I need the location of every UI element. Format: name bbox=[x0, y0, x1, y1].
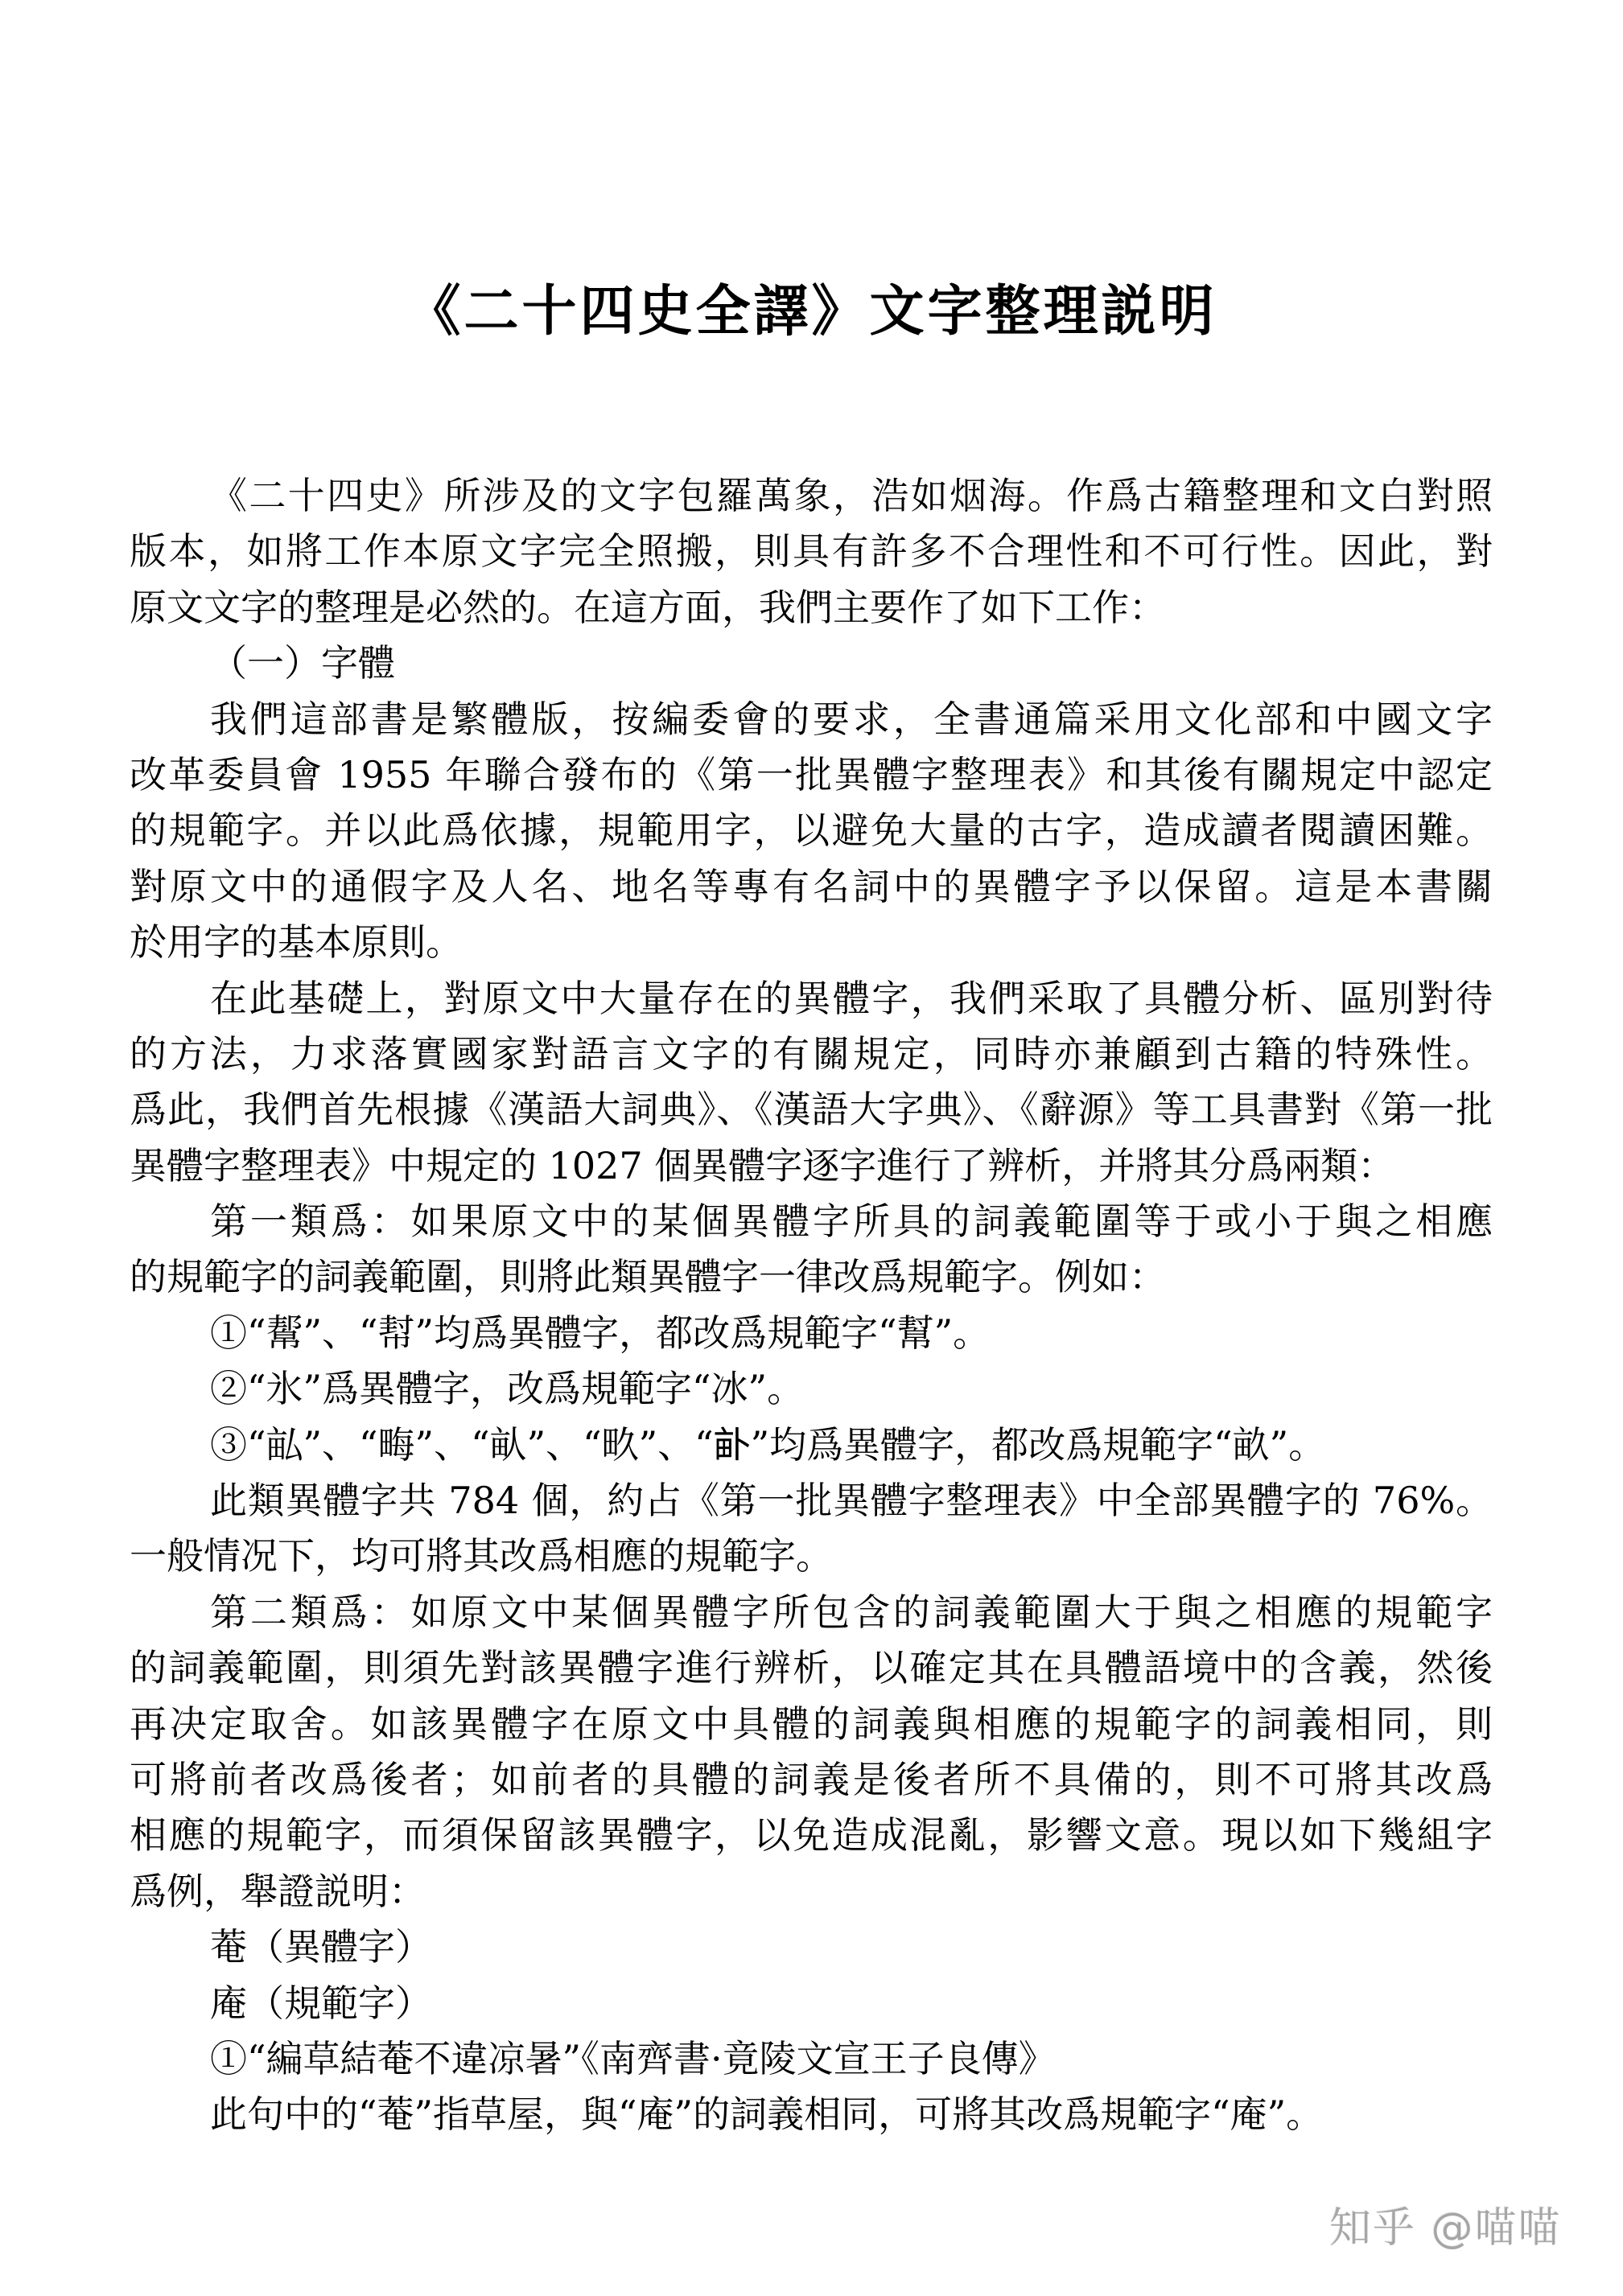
paragraph-category-two-line-1: 第二類爲：如原文中某個異體字所包含的詞義範圍大于與之相應的規範字 bbox=[130, 1585, 1493, 1640]
paragraph-category-two-line-4: 可將前者改爲後者；如前者的具體的詞義是後者所不具備的，則不可將其改爲 bbox=[130, 1752, 1493, 1808]
paragraph-method-line-4: 異體字整理表》中規定的 1027 個異體字逐字進行了辨析，并將其分爲兩類： bbox=[130, 1138, 1493, 1194]
paragraph-principle-line-1: 我們這部書是繁體版，按編委會的要求，全書通篇采用文化部和中國文字 bbox=[130, 692, 1493, 747]
example-item-1: ①“幚”、“幇”均爲異體字，都改爲規範字“幫”。 bbox=[130, 1306, 1493, 1361]
paragraph-principle-line-4: 對原文中的通假字及人名、地名等專有名詞中的異體字予以保留。這是本書關 bbox=[130, 859, 1493, 915]
page-title: 《二十四史全譯》文字整理説明 bbox=[0, 276, 1623, 348]
paragraph-principle-line-2: 改革委員會 1955 年聯合發布的《第一批異體字整理表》和其後有關規定中認定 bbox=[130, 747, 1493, 803]
paragraph-intro-line-2: 版本，如將工作本原文字完全照搬，則具有許多不合理性和不可行性。因此，對 bbox=[130, 524, 1493, 579]
paragraph-method-line-3: 爲此，我們首先根據《漢語大詞典》、《漢語大字典》、《辭源》等工具書對《第一批 bbox=[130, 1082, 1493, 1138]
paragraph-method-line-1: 在此基礎上，對原文中大量存在的異體字，我們采取了具體分析、區別對待 bbox=[130, 971, 1493, 1027]
paragraph-intro-line-3: 原文文字的整理是必然的。在這方面，我們主要作了如下工作： bbox=[130, 580, 1493, 636]
paragraph-category-one-line-2: 的規範字的詞義範圍，則將此類異體字一律改爲規範字。例如： bbox=[130, 1249, 1493, 1305]
paragraph-principle-line-3: 的規範字。并以此爲依據，規範用字，以避免大量的古字，造成讀者閱讀困難。 bbox=[130, 803, 1493, 858]
paragraph-category-two-line-2: 的詞義範圍，則須先對該異體字進行辨析，以確定其在具體語境中的含義，然後 bbox=[130, 1640, 1493, 1696]
example-item-2: ②“氷”爲異體字，改爲規範字“冰”。 bbox=[130, 1361, 1493, 1417]
paragraph-intro-line-1: 《二十四史》所涉及的文字包羅萬象，浩如烟海。作爲古籍整理和文白對照 bbox=[130, 468, 1493, 524]
paragraph-principle-line-5: 於用字的基本原則。 bbox=[130, 915, 1493, 970]
paragraph-count-line-2: 一般情况下，均可將其改爲相應的規範字。 bbox=[130, 1529, 1493, 1584]
variant-character-label: 菴（異體字） bbox=[130, 1920, 1493, 1975]
paragraph-category-two-line-6: 爲例，舉證説明： bbox=[130, 1864, 1493, 1920]
paragraph-category-two-line-3: 再决定取舍。如該異體字在原文中具體的詞義與相應的規範字的詞義相同，則 bbox=[130, 1697, 1493, 1752]
paragraph-method-line-2: 的方法，力求落實國家對語言文字的有關規定，同時亦兼顧到古籍的特殊性。 bbox=[130, 1027, 1493, 1082]
citation-explanation-1: 此句中的“菴”指草屋，與“庵”的詞義相同，可將其改爲規範字“庵”。 bbox=[130, 2087, 1493, 2142]
paragraph-category-two-line-5: 相應的規範字，而須保留該異體字，以免造成混亂，影響文意。現以如下幾組字 bbox=[130, 1808, 1493, 1863]
paragraph-category-one-line-1: 第一類爲：如果原文中的某個異體字所具的詞義範圍等于或小于與之相應 bbox=[130, 1194, 1493, 1249]
standard-character-label: 庵（規範字） bbox=[130, 1976, 1493, 2031]
zhihu-watermark: 知乎 @喵喵 bbox=[1329, 2200, 1562, 2257]
section-heading-font: （一）字體 bbox=[130, 636, 1493, 691]
example-item-3: ③“畆”、“畮”、“畒”、“畂”、“𤱈”均爲異體字，都改爲規範字“畝”。 bbox=[130, 1418, 1493, 1473]
citation-example-1: ①“編草結菴不違凉暑”《南齊書·竟陵文宣王子良傳》 bbox=[130, 2031, 1493, 2087]
paragraph-count-line-1: 此類異體字共 784 個，約占《第一批異體字整理表》中全部異體字的 76%。 bbox=[130, 1473, 1493, 1529]
document-body: 《二十四史》所涉及的文字包羅萬象，浩如烟海。作爲古籍整理和文白對照 版本，如將工… bbox=[130, 468, 1493, 2143]
